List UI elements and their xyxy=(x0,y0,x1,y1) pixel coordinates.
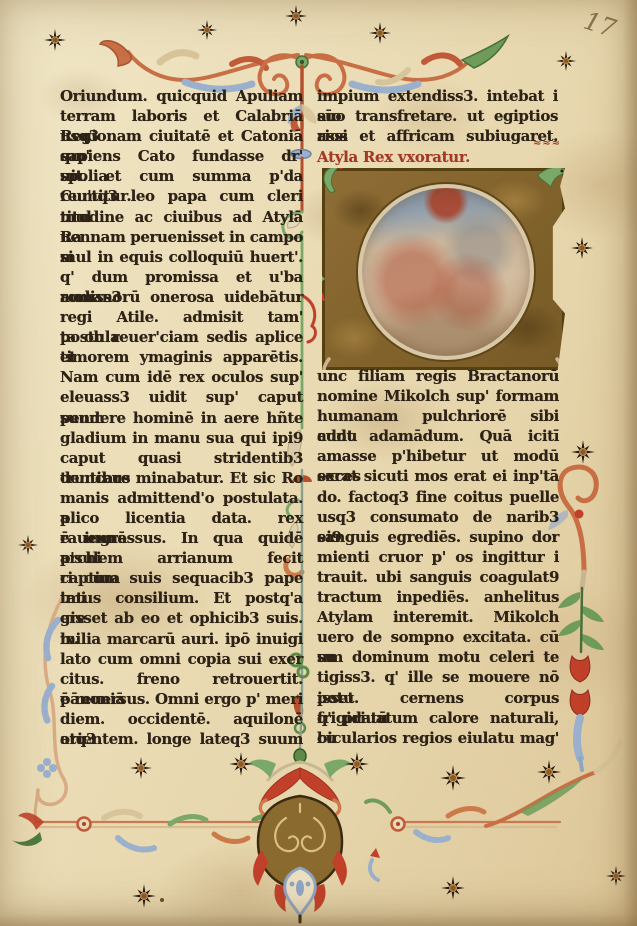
text-line: uit. et cum summa p'da reu'titur. xyxy=(60,166,303,186)
text-line: tractum inpediēs. anhelitus xyxy=(317,587,559,607)
text-line: uennam peruenisset in campo si xyxy=(60,227,303,247)
text-line: milia marcarū auri. ipō inuigi xyxy=(60,629,303,649)
text-line: caput quasi stridentib3 dentibus xyxy=(60,448,303,468)
text-line: gladium in manu sua qui ipi9 xyxy=(60,428,303,448)
star-ornament xyxy=(439,764,467,792)
text-line: nomine Mikolch sup' formam xyxy=(317,386,559,406)
star-ornament xyxy=(344,751,370,777)
star-ornament xyxy=(196,19,218,41)
text-line: rios et affricam subiugaret. xyxy=(317,126,558,146)
text-line: uero de sompno excitata. cū su xyxy=(317,627,559,647)
right-text-column-bottom: unc filiam regis Bractanorūnomine Mikolc… xyxy=(317,366,559,748)
text-line: suo transfretare. ut egiptios assi xyxy=(317,106,558,126)
text-line: unc filiam regis Bractanorū xyxy=(317,366,559,386)
text-line: isset. cernens corpus frigidatū xyxy=(317,688,559,708)
text-line: manis admittend'o postulata. a xyxy=(60,488,303,508)
text-line: gisset ab eo et ophicib3 suis. lx. xyxy=(60,608,303,628)
pendant-ornament xyxy=(248,749,352,922)
text-line: ē reuersus. Omni ergo p' meri xyxy=(60,689,303,709)
text-line: diem. occidentē. aquilonē atq3 xyxy=(60,709,303,729)
star-ornament xyxy=(536,759,562,785)
text-line: pendere hominē in aere hñte xyxy=(60,408,303,428)
text-line: timorem ymaginis apparētis. xyxy=(60,347,303,367)
star-ornament xyxy=(605,865,627,887)
text-line: Cumq3 leo papa cum cleri mul xyxy=(60,186,303,206)
star-ornament xyxy=(129,756,153,780)
text-line: ta ob reuer'ciam sedis aplice et xyxy=(60,327,303,347)
text-line: impium extendiss3. intebat i aīo xyxy=(317,86,558,106)
star-ornament xyxy=(570,439,596,465)
text-line: tigiss3. q' ille se mouere nō potu xyxy=(317,667,559,687)
text-line: bicularios regios eiulatu mag' xyxy=(317,728,559,748)
text-line: mienti cruor p' os ingittur i xyxy=(317,547,559,567)
text-line: ē ingressus. In qua quidē archi xyxy=(60,528,303,548)
text-line: usq3 consumato de narib3 ei9 xyxy=(317,507,559,527)
text-line: Oriundum. quicquid Apuliam xyxy=(60,86,303,106)
rubric-heading: Atyla Rex vxoratur. xyxy=(317,147,547,167)
manuscript-page: 17 Oriundum. quicquid Apuliamterram labo… xyxy=(0,0,637,926)
text-line: cunt adamādum. Quā icitī xyxy=(317,426,559,446)
historiated-initial-miniature xyxy=(322,168,565,370)
text-line: romanorū onerosa uidebātur xyxy=(60,287,303,307)
left-text-column: Oriundum. quicquid Apuliamterram laboris… xyxy=(60,86,303,749)
text-line: plico licentia data. rex rauennā xyxy=(60,508,303,528)
miniature-frame-flourishes xyxy=(313,159,574,379)
text-line: Regionam ciuitatē et Catoniā qm' xyxy=(60,126,303,146)
text-line: q' priuatum calore naturali, cu xyxy=(317,708,559,728)
text-line: sanguis egrediēs. supino dor xyxy=(317,527,559,547)
star-ornament xyxy=(570,236,594,260)
text-line: terram laboris et Calabriā usq3 xyxy=(60,106,303,126)
text-line: amasse p'hibetur ut modū exces xyxy=(317,446,559,466)
text-line: citus. freno retrouertit. pānoniā xyxy=(60,669,303,689)
text-line: eleuass3 uidit sup' caput suum xyxy=(60,387,303,407)
star-ornament xyxy=(440,875,466,901)
text-line: ri cum suis sequacib3 pape imi xyxy=(60,568,303,588)
star-ornament xyxy=(131,883,157,909)
text-line: lato cum omni copia sui exer xyxy=(60,649,303,669)
text-line: tatus consilium. Et postq'a ere xyxy=(60,588,303,608)
text-line: sapiens Cato fundasse dr' spolia xyxy=(60,146,303,166)
text-line: serat sicuti mos erat ei inp'tā xyxy=(317,466,559,486)
text-line: Atylam interemit. Mikolch xyxy=(317,607,559,627)
text-line: truncare minabatur. Et sic Ro xyxy=(60,468,303,488)
text-line: trauit. ubi sanguis coagulat9 xyxy=(317,567,559,587)
star-ornament xyxy=(17,534,39,556)
right-text-column-top: impium extendiss3. intebat i aīosuo tran… xyxy=(317,86,558,146)
text-line: mul in equis colloquiū huert'. xyxy=(60,247,303,267)
text-line: q' dum promissa et u'ba audiss3 xyxy=(60,267,303,287)
text-line: um dominum motu celeri te xyxy=(317,647,559,667)
star-ornament xyxy=(555,50,577,72)
star-ornament xyxy=(43,28,67,52)
text-line: p'sulem arrianum fecit captiua xyxy=(60,548,303,568)
text-line: orientem. longe lateq3 suum xyxy=(60,729,303,749)
text-line: do. factoq3 fine coitus puelle xyxy=(317,487,559,507)
text-line: humanam pulchriorē sibi addu xyxy=(317,406,559,426)
star-ornament xyxy=(284,4,308,28)
star-ornament xyxy=(228,751,254,777)
text-line: titudine ac ciuibus ad Atylā Ra xyxy=(60,207,303,227)
text-line: regi Atile. admisit tam' postula xyxy=(60,307,303,327)
star-ornament xyxy=(368,21,392,45)
text-line: Nam cum idē rex oculos sup' xyxy=(60,367,303,387)
